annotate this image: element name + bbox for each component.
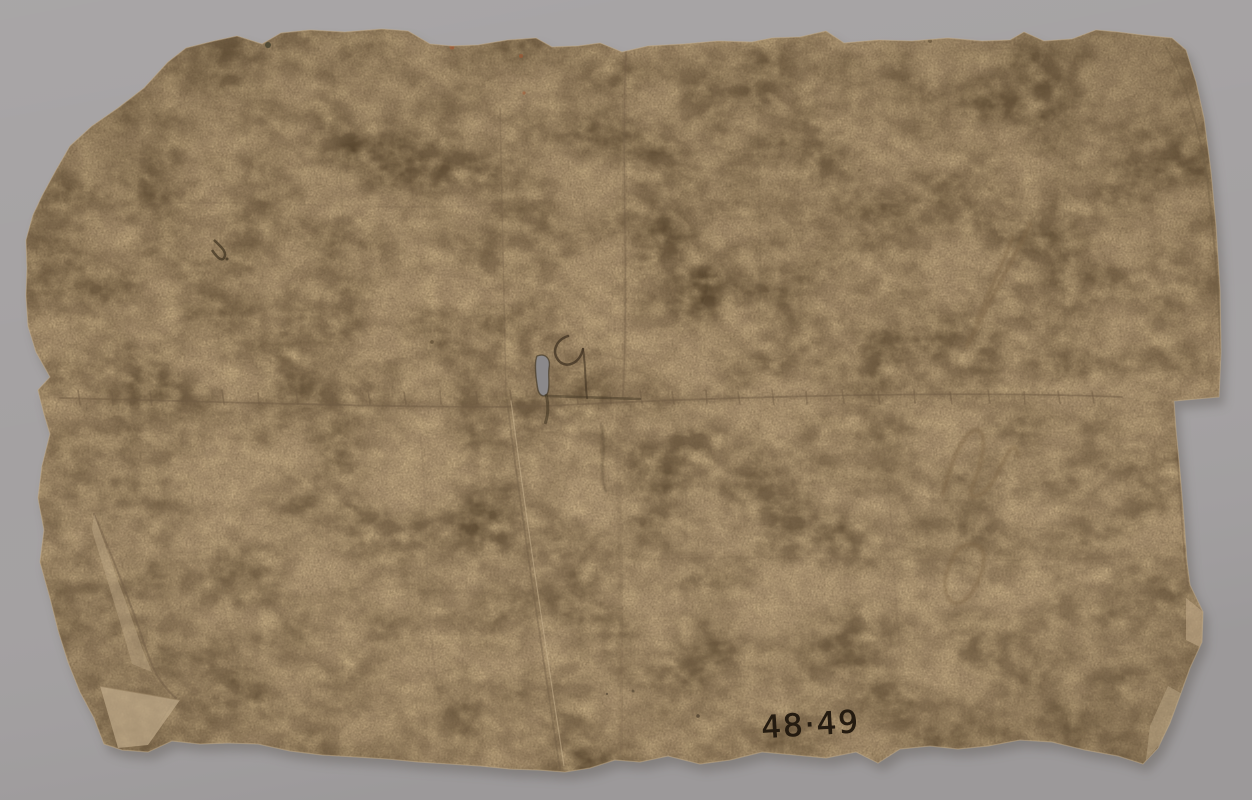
paper-surface-detail [0, 0, 1252, 800]
speck [265, 42, 271, 48]
speck [606, 693, 608, 695]
rust-spot [522, 91, 525, 94]
center-hole [535, 355, 549, 396]
accession-number: 48·49 [760, 704, 861, 746]
speck [430, 340, 434, 344]
speck [226, 258, 229, 261]
speck [859, 169, 862, 172]
aged-paper-fragment-scene: 48·49 [0, 0, 1252, 800]
speck [696, 714, 700, 718]
rust-spot [519, 54, 523, 58]
speck [632, 690, 635, 693]
artifact-photograph: 48·49 [0, 0, 1252, 800]
